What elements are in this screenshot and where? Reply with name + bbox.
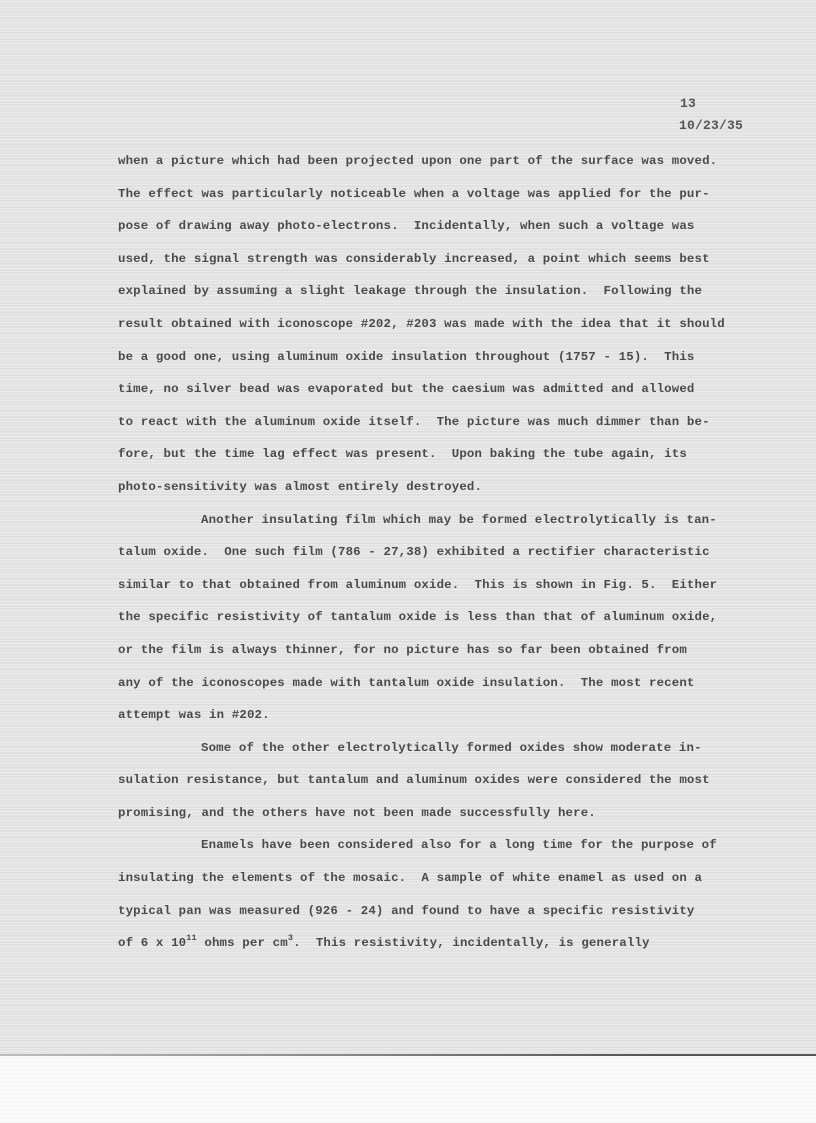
exponent: 11	[186, 933, 197, 943]
text-segment: ohms per cm	[197, 936, 288, 950]
paragraph-start-line: Enamels have been considered also for a …	[118, 832, 758, 865]
text-line: sulation resistance, but tantalum and al…	[118, 767, 758, 800]
text-line: promising, and the others have not been …	[118, 800, 758, 833]
text-line: attempt was in #202.	[118, 702, 758, 735]
page-header: 13 10/23/35	[679, 93, 743, 137]
text-line: photo-sensitivity was almost entirely de…	[118, 474, 758, 507]
text-line-with-exponents: of 6 x 1011 ohms per cm3. This resistivi…	[118, 930, 758, 963]
text-line: talum oxide. One such film (786 - 27,38)…	[118, 539, 758, 572]
text-line: time, no silver bead was evaporated but …	[118, 376, 758, 409]
document-body: when a picture which had been projected …	[118, 148, 758, 963]
text-line: to react with the aluminum oxide itself.…	[118, 409, 758, 442]
text-line: pose of drawing away photo-electrons. In…	[118, 213, 758, 246]
text-line: fore, but the time lag effect was presen…	[118, 441, 758, 474]
text-line: or the film is always thinner, for no pi…	[118, 637, 758, 670]
text-line: be a good one, using aluminum oxide insu…	[118, 344, 758, 377]
text-segment: of 6 x 10	[118, 936, 186, 950]
scanner-background	[0, 1056, 816, 1123]
text-line: explained by assuming a slight leakage t…	[118, 278, 758, 311]
text-line: any of the iconoscopes made with tantalu…	[118, 670, 758, 703]
page-number: 13	[679, 93, 743, 115]
paragraph-start-line: Some of the other electrolytically forme…	[118, 735, 758, 768]
text-segment: . This resistivity, incidentally, is gen…	[293, 936, 650, 950]
page-date: 10/23/35	[679, 115, 743, 137]
text-line: similar to that obtained from aluminum o…	[118, 572, 758, 605]
text-line: The effect was particularly noticeable w…	[118, 181, 758, 214]
text-line: result obtained with iconoscope #202, #2…	[118, 311, 758, 344]
typed-page: 13 10/23/35 when a picture which had bee…	[0, 0, 816, 1055]
text-line: the specific resistivity of tantalum oxi…	[118, 604, 758, 637]
text-line: when a picture which had been projected …	[118, 148, 758, 181]
paragraph-start-line: Another insulating film which may be for…	[118, 507, 758, 540]
text-line: insulating the elements of the mosaic. A…	[118, 865, 758, 898]
text-line: used, the signal strength was considerab…	[118, 246, 758, 279]
text-line: typical pan was measured (926 - 24) and …	[118, 898, 758, 931]
